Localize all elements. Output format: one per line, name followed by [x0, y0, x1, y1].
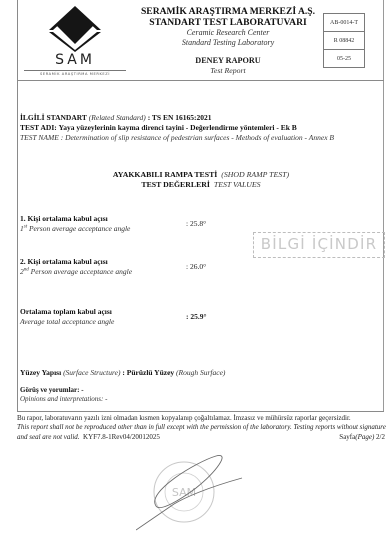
org-name: SERAMİK ARAŞTIRMA MERKEZİ A.Ş.: [128, 6, 328, 17]
logo-text: SAM: [20, 52, 130, 68]
org-name-en: Ceramic Research Center: [128, 28, 328, 38]
report-date: 05-25: [324, 50, 364, 68]
opinions-label: Görüş ve yorumlar: -: [20, 386, 382, 395]
related-standard-label-en: (Related Standard): [89, 113, 146, 122]
test-title-line: AYAKKABILI RAMPA TESTİ (SHOD RAMP TEST): [20, 170, 382, 180]
page-number: 2/2: [376, 433, 385, 441]
value-number: : 26.0°: [186, 262, 206, 272]
value-row-average: Ortalama toplam kabul açısı Average tota…: [20, 307, 382, 327]
form-code: AB-0014-T: [324, 14, 364, 32]
notice-en-line: This report shall not be reproduced othe…: [17, 423, 387, 442]
stamp-text: BİLGİ İÇİNDİR: [253, 235, 385, 253]
lab-name-en: Standard Testing Laboratory: [128, 38, 328, 48]
related-standard-value: : TS EN 16165:2021: [148, 113, 212, 122]
seal-stamp-icon: SAM: [136, 452, 246, 532]
for-information-stamp: BİLGİ İÇİNDİR: [253, 232, 385, 258]
opinions-label-en: Opinions and interpretations: -: [20, 395, 382, 404]
body-divider: [17, 411, 384, 412]
frame-border-right: [383, 0, 384, 412]
document-codes-box: AB-0014-T R 08842 05-25: [323, 13, 365, 68]
related-standard-line: İLGİLİ STANDART (Related Standard) : TS …: [20, 113, 382, 123]
test-name-en-line: TEST NAME : Determination of slip resist…: [20, 133, 382, 143]
standard-info: İLGİLİ STANDART (Related Standard) : TS …: [20, 113, 382, 143]
test-values-line: TEST DEĞERLERİ TEST VALUES: [20, 180, 382, 190]
report-title-block: DENEY RAPORU Test Report: [128, 56, 328, 76]
header-divider: [17, 80, 384, 81]
report-number: R 08842: [324, 32, 364, 50]
test-name-label-en: TEST NAME: [20, 133, 59, 142]
surface-structure-line: Yüzey Yapısı (Surface Structure) : Pürüz…: [20, 368, 382, 378]
test-name-label: TEST ADI:: [20, 123, 57, 132]
doc-code: KYF7.8-1Rev04/20012025: [83, 433, 160, 441]
value-label-en-text: Person average acceptance angle: [27, 224, 130, 233]
test-name-line: TEST ADI: Yaya yüzeylerinin kayma direnc…: [20, 123, 382, 133]
test-title-en: (SHOD RAMP TEST): [221, 170, 289, 179]
frame-border-left: [17, 0, 18, 412]
test-name-value-en: : Determination of slip resistance of pe…: [61, 133, 334, 142]
value-row-person-2: 2. Kişi ortalama kabul açısı 2nd Person …: [20, 257, 382, 277]
header-organization: SERAMİK ARAŞTIRMA MERKEZİ A.Ş. STANDART …: [128, 6, 328, 48]
page-number-block: Sayfa(Page) 2/2: [339, 433, 385, 442]
logo-subtitle: SERAMİK ARAŞTIRMA MERKEZİ: [20, 72, 130, 76]
surface-value: : Pürüzlü Yüzey: [122, 368, 174, 377]
test-values-title: TEST DEĞERLERİ: [141, 180, 210, 189]
seal-text: SAM: [172, 486, 196, 499]
notice-en: This report shall not be reproduced othe…: [17, 423, 386, 440]
sam-logo: SAM SERAMİK ARAŞTIRMA MERKEZİ: [20, 4, 130, 76]
value-label-en-text: Person average acceptance angle: [29, 267, 132, 276]
value-row-person-1: 1. Kişi ortalama kabul açısı 1st Person …: [20, 214, 382, 234]
surface-label-en: (Surface Structure): [63, 368, 120, 377]
report-title: DENEY RAPORU: [128, 56, 328, 66]
test-values-title-en: TEST VALUES: [214, 180, 261, 189]
footer-notice: Bu rapor, laboratuvarın yazılı izni olma…: [17, 414, 387, 442]
lab-name: STANDART TEST LABORATUVARI: [128, 17, 328, 28]
notice-tr: Bu rapor, laboratuvarın yazılı izni olma…: [17, 414, 387, 423]
test-report-page: SAM SERAMİK ARAŞTIRMA MERKEZİ SERAMİK AR…: [0, 0, 389, 534]
surface-label: Yüzey Yapısı: [20, 368, 61, 377]
opinions-block: Görüş ve yorumlar: - Opinions and interp…: [20, 386, 382, 404]
report-title-en: Test Report: [128, 66, 328, 76]
surface-value-en: (Rough Surface): [176, 368, 225, 377]
test-title-block: AYAKKABILI RAMPA TESTİ (SHOD RAMP TEST) …: [20, 170, 382, 190]
related-standard-label: İLGİLİ STANDART: [20, 113, 87, 122]
test-title: AYAKKABILI RAMPA TESTİ: [113, 170, 217, 179]
logo-underline: [24, 70, 126, 71]
test-name-value: Yaya yüzeylerinin kayma direnci tayini -…: [59, 123, 297, 132]
value-number: : 25.8°: [186, 219, 206, 229]
page-label: Sayfa: [339, 433, 355, 441]
value-number: : 25.9°: [186, 312, 207, 322]
diamond-logo-icon: [49, 6, 101, 52]
page-label-en: (Page): [355, 433, 374, 441]
